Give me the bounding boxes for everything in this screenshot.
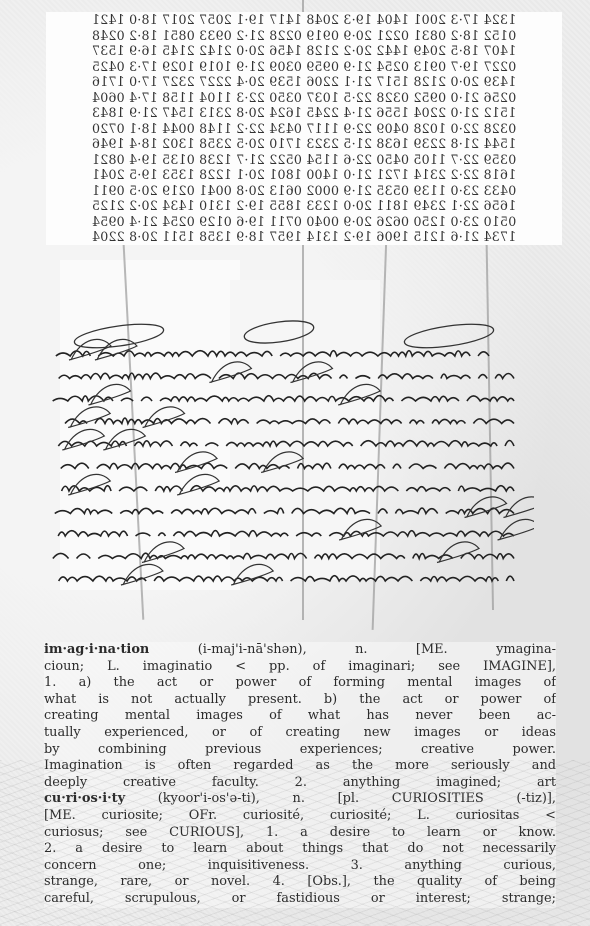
table-row: 0433 23·0 1139 0535 21·9 0002 0613 20·8 … [50, 183, 558, 199]
table-row: 0510 23·0 1250 0626 20·9 0040 0711 19·6 … [50, 214, 558, 230]
table-row: 1656 22·1 2349 1811 20·0 1233 1855 19·2 … [50, 198, 558, 214]
table-row: 0328 22·0 1028 0409 22·9 1117 0434 22·2 … [50, 121, 558, 137]
table-row: 1407 18·5 2049 1442 20·2 2128 1456 20·0 … [50, 43, 558, 59]
table-row: 1512 21·0 2204 1556 21·4 2245 1624 20·8 … [50, 105, 558, 121]
dictionary-line: creating mental images of what has never… [44, 708, 556, 725]
table-row: 0152 18·2 0831 0221 20·9 0919 0228 21·2 … [50, 28, 558, 44]
tide-number-table: 1324 17·3 2001 1404 19·3 2048 1417 19·1 … [46, 12, 562, 245]
dictionary-line: deeply creative faculty. 2. anything ima… [44, 775, 556, 792]
table-row: 1734 21·6 1215 1906 19·2 1314 1957 18·9 … [50, 229, 558, 245]
dictionary-line: 1. a) the act or power of forming mental… [44, 675, 556, 692]
table-row: 1439 20·0 2128 1517 21·1 2206 1539 20·4 … [50, 74, 558, 90]
dictionary-line: [ME. curiosite; OFr. curiosité, curiosit… [44, 808, 556, 825]
dictionary-line: careful, scrupulous, or fastidious or in… [44, 891, 556, 908]
table-row: 0359 22·7 1105 0450 22·6 1154 0522 21·7 … [50, 152, 558, 168]
table-row: 0256 21·0 0952 0328 22·5 1037 0350 22·3 … [50, 90, 558, 106]
table-row: 1544 21·8 2239 1638 21·5 2323 1710 20·5 … [50, 136, 558, 152]
dictionary-line: concern one; inquisitiveness. 3. anythin… [44, 858, 556, 875]
dictionary-excerpt: im·ag·i·na·tion (i-maj'i-nā'shən), n. [M… [44, 642, 556, 908]
dictionary-line: by combining previous experiences; creat… [44, 742, 556, 759]
dictionary-headword: im·ag·i·na·tion [44, 642, 149, 657]
dictionary-line: cioun; L. imaginatio < pp. of imaginari;… [44, 659, 556, 676]
dictionary-line: cu·ri·os·i·ty (kyoor'i-os'ə-ti), n. [pl.… [44, 791, 556, 808]
dictionary-definition-text: (i-maj'i-nā'shən), n. [ME. ymagina- [149, 642, 556, 657]
dictionary-line: what is not actually present. b) the act… [44, 692, 556, 709]
dictionary-line: tually experienced, or of creating new i… [44, 725, 556, 742]
dictionary-headword: cu·ri·os·i·ty [44, 791, 125, 806]
dictionary-line: 2. a desire to learn about things that d… [44, 841, 556, 858]
dictionary-line: curiosus; see CURIOUS], 1. a desire to l… [44, 825, 556, 842]
dictionary-line: Imagination is often regarded as the mor… [44, 758, 556, 775]
table-row: 1618 22·2 2314 1721 21·0 1400 1801 20·1 … [50, 167, 558, 183]
dictionary-definition-text: (kyoor'i-os'ə-ti), n. [pl. CURIOSITIES (… [125, 791, 556, 806]
dictionary-line: im·ag·i·na·tion (i-maj'i-nā'shən), n. [M… [44, 642, 556, 659]
cursive-script-strokes [44, 318, 534, 593]
dictionary-line: strange, rare, or novel. 4. [Obs.], the … [44, 874, 556, 891]
table-row: 1324 17·3 2001 1404 19·3 2048 1417 19·1 … [50, 12, 558, 28]
handwritten-letter [44, 318, 534, 593]
table-row: 0227 19·7 0913 0254 21·9 0959 0309 21·9 … [50, 59, 558, 75]
